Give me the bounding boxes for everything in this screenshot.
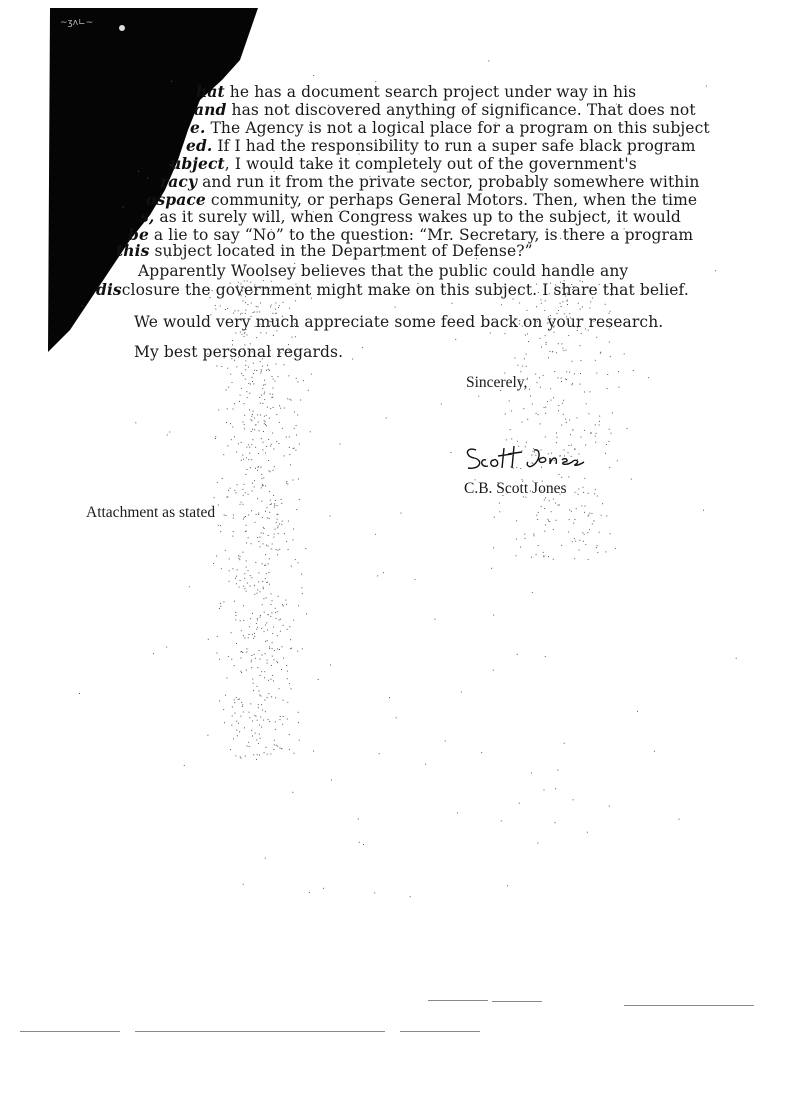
scan-artifact-line xyxy=(20,1031,120,1032)
scan-artifact-line xyxy=(624,1005,754,1006)
scan-artifact-line xyxy=(428,1000,488,1001)
scan-artifact-line xyxy=(492,1001,542,1002)
scan-artifact-line xyxy=(135,1031,385,1032)
scan-noise xyxy=(0,0,800,1104)
scan-artifact-line xyxy=(400,1031,480,1032)
